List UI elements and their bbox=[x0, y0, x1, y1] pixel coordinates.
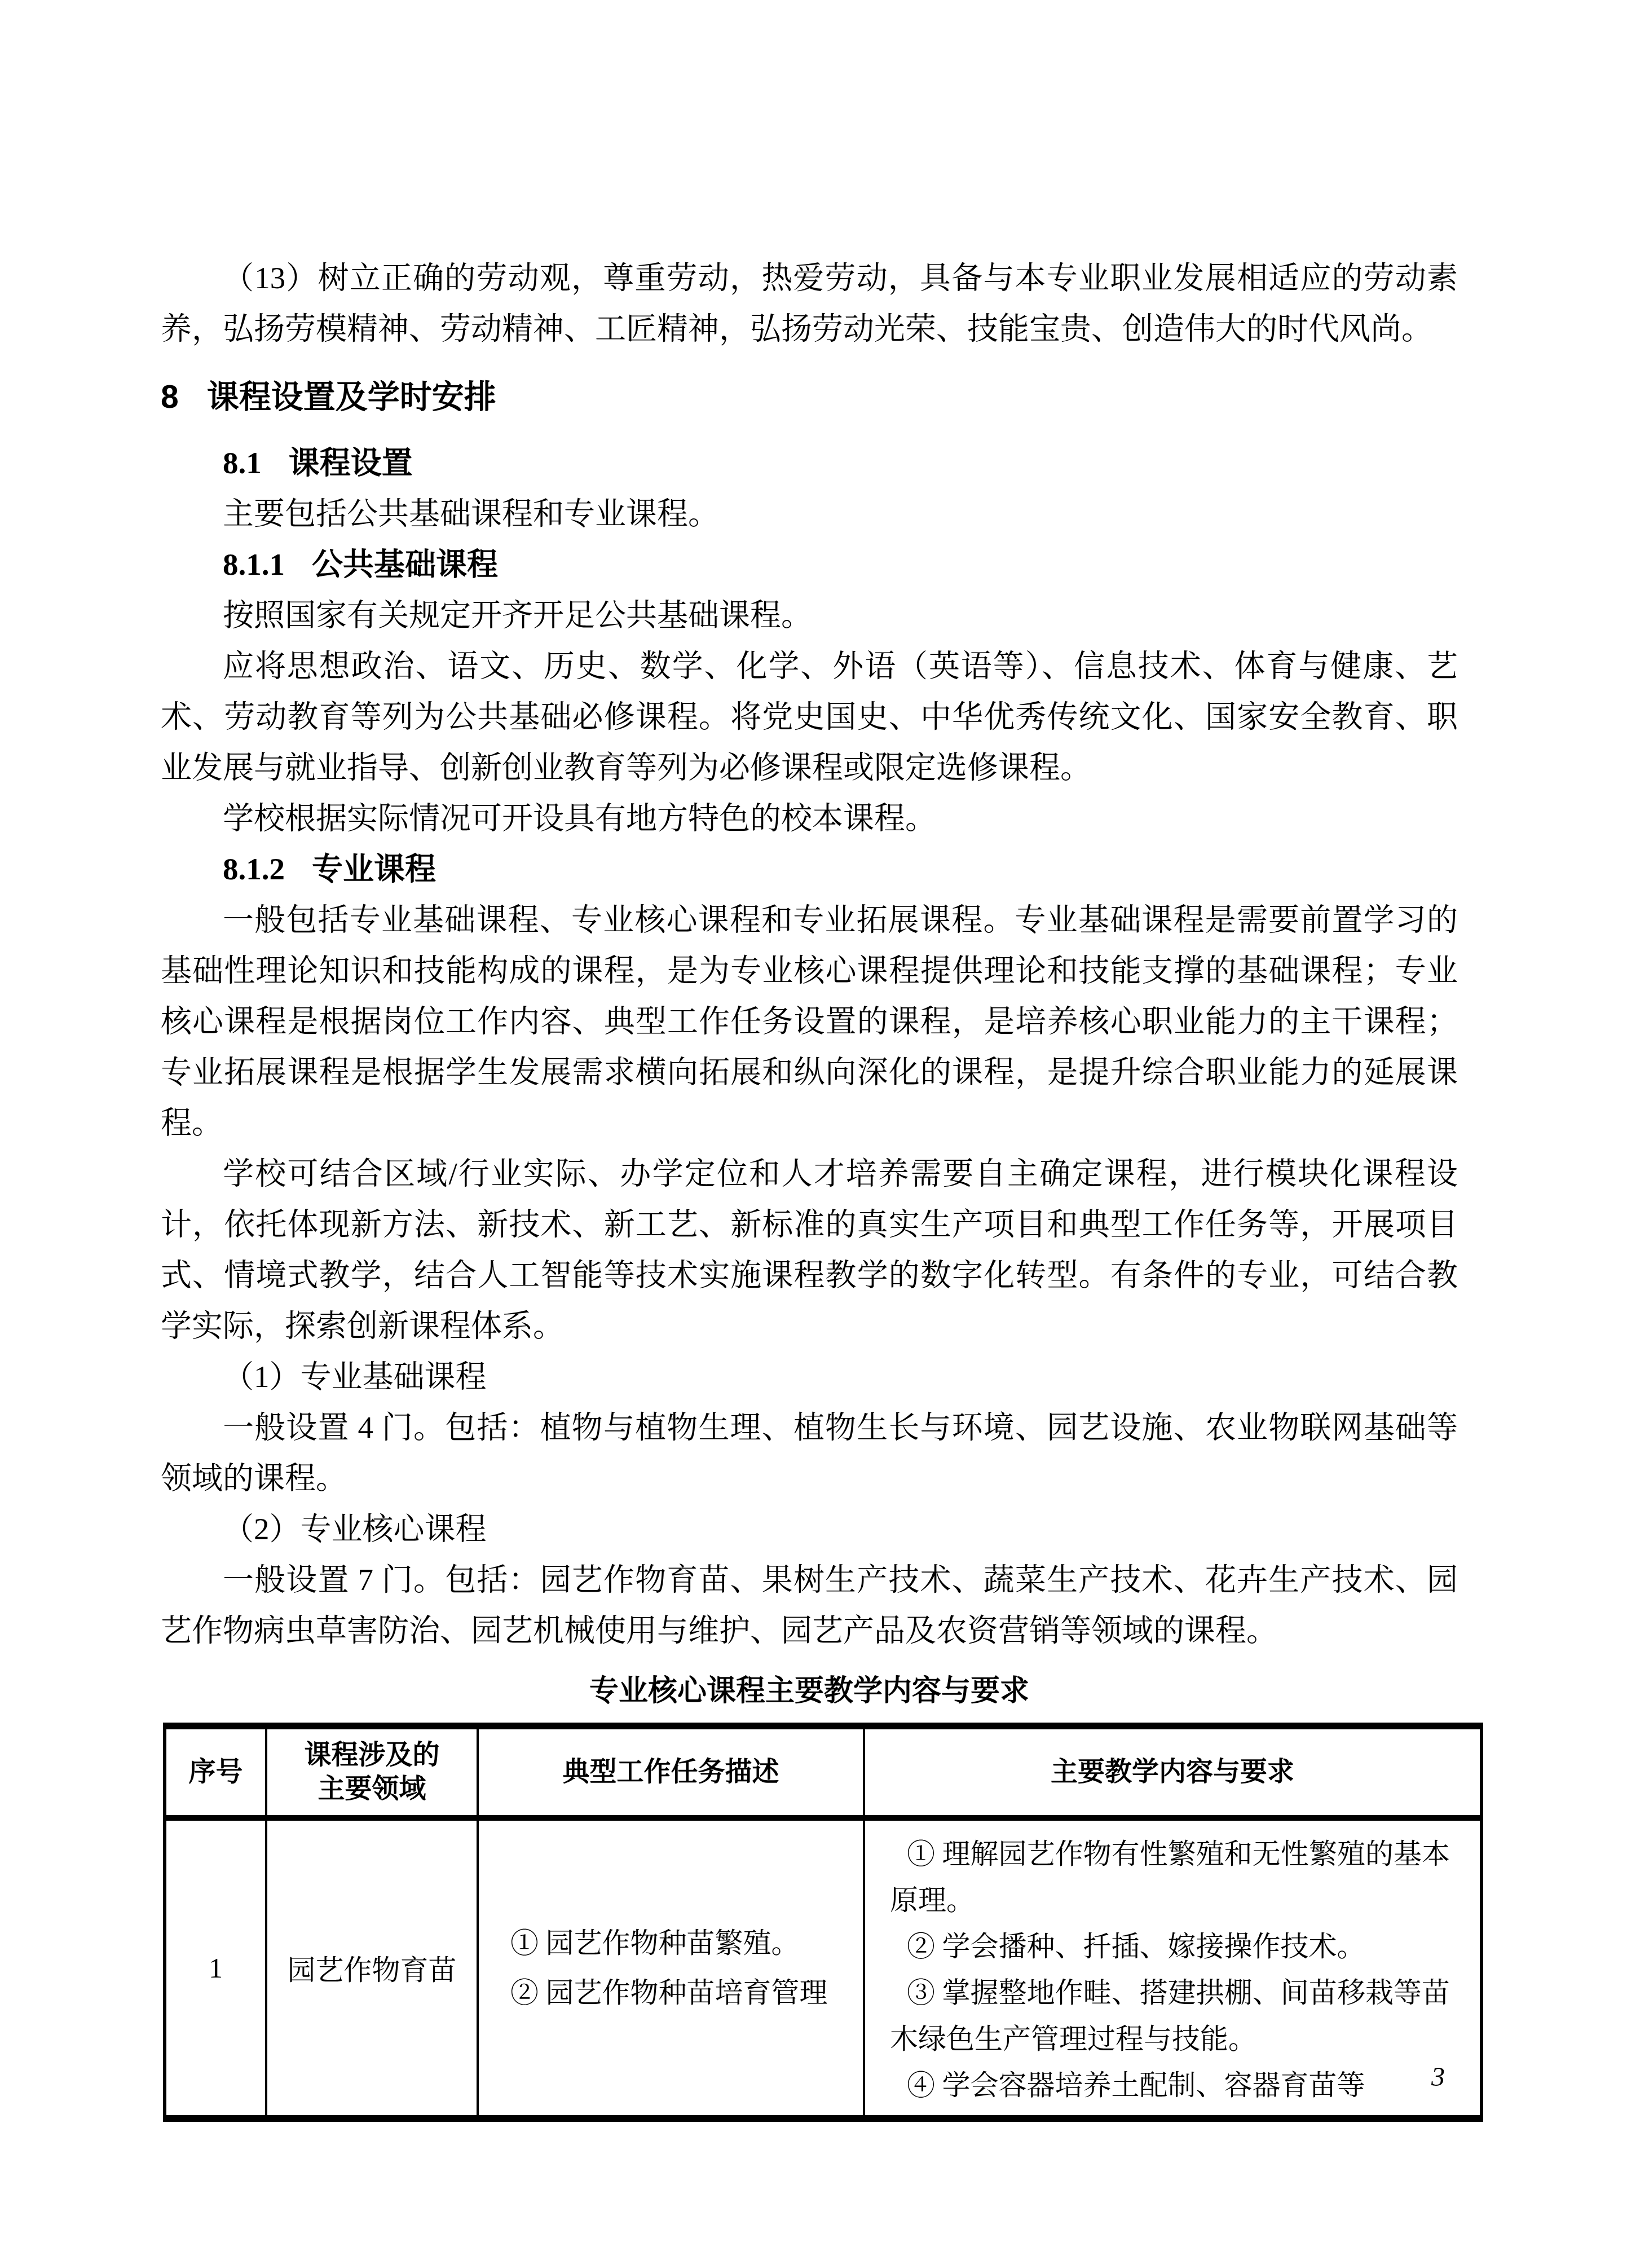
paragraph-labor-outlook: （13）树立正确的劳动观，尊重劳动，热爱劳动，具备与本专业职业发展相适应的劳动素… bbox=[161, 253, 1458, 354]
paragraph-national-rule: 按照国家有关规定开齐开足公共基础课程。 bbox=[161, 590, 1458, 641]
section-heading-8: 8课程设置及学时安排 bbox=[161, 371, 1458, 423]
table-caption: 专业核心课程主要教学内容与要求 bbox=[161, 1673, 1458, 1709]
paragraph-school-course-design: 学校可结合区域/行业实际、办学定位和人才培养需要自主确定课程，进行模块化课程设计… bbox=[161, 1148, 1458, 1351]
paragraph-required-courses: 应将思想政治、语文、历史、数学、化学、外语（英语等）、信息技术、体育与健康、艺术… bbox=[161, 641, 1458, 793]
paragraph-major-course-types: 一般包括专业基础课程、专业核心课程和专业拓展课程。专业基础课程是需要前置学习的基… bbox=[161, 895, 1458, 1148]
page-number: 3 bbox=[1413, 2062, 1463, 2093]
core-courses-table: 序号 课程涉及的 主要领域 典型工作任务描述 主要教学内容与要求 1 园艺作物育… bbox=[163, 1723, 1483, 2122]
section-number: 8.1 bbox=[223, 446, 262, 480]
cell-teaching-contents: ① 理解园艺作物有性繁殖和无性繁殖的基本原理。 ② 学会播种、扦插、嫁接操作技术… bbox=[864, 1818, 1482, 2119]
page-content: （13）树立正确的劳动观，尊重劳动，热爱劳动，具备与本专业职业发展相适应的劳动素… bbox=[161, 253, 1458, 2122]
content-item: ③ 掌握整地作畦、搭建拱棚、间苗移栽等苗木绿色生产管理过程与技能。 bbox=[890, 1970, 1450, 2062]
section-number: 8.1.2 bbox=[223, 852, 285, 886]
content-item: ① 理解园艺作物有性繁殖和无性繁殖的基本原理。 bbox=[890, 1831, 1450, 1923]
column-header-domain-line1: 课程涉及的 bbox=[304, 1740, 439, 1770]
cell-course-domain: 园艺作物育苗 bbox=[266, 1818, 478, 2119]
section-heading-8-1-2: 8.1.2专业课程 bbox=[161, 844, 1458, 895]
paragraph-core-course-detail: 一般设置 7 门。包括：园艺作物育苗、果树生产技术、蔬菜生产技术、花卉生产技术、… bbox=[161, 1554, 1458, 1656]
section-heading-8-1-1: 8.1.1公共基础课程 bbox=[161, 539, 1458, 590]
paragraph-course-overview: 主要包括公共基础课程和专业课程。 bbox=[161, 488, 1458, 539]
section-title: 专业课程 bbox=[312, 852, 436, 886]
content-item: ② 学会播种、扦插、嫁接操作技术。 bbox=[890, 1923, 1450, 1970]
section-number: 8.1.1 bbox=[223, 547, 285, 582]
paragraph-core-course-label: （2）专业核心课程 bbox=[161, 1504, 1458, 1554]
paragraph-basic-course-detail: 一般设置 4 门。包括：植物与植物生理、植物生长与环境、园艺设施、农业物联网基础… bbox=[161, 1402, 1458, 1504]
section-title: 课程设置 bbox=[289, 446, 413, 480]
cell-typical-tasks: ① 园艺作物种苗繁殖。 ② 园艺作物种苗培育管理 bbox=[478, 1818, 864, 2119]
column-header-index: 序号 bbox=[165, 1726, 266, 1818]
column-header-contents: 主要教学内容与要求 bbox=[864, 1726, 1482, 1818]
table-header-row: 序号 课程涉及的 主要领域 典型工作任务描述 主要教学内容与要求 bbox=[165, 1726, 1482, 1818]
section-number: 8 bbox=[161, 379, 179, 415]
paragraph-school-local-courses: 学校根据实际情况可开设具有地方特色的校本课程。 bbox=[161, 793, 1458, 844]
column-header-domain-line2: 主要领域 bbox=[318, 1774, 426, 1804]
column-header-domain: 课程涉及的 主要领域 bbox=[266, 1726, 478, 1818]
content-item: ④ 学会容器培养土配制、容器育苗等 bbox=[890, 2062, 1450, 2108]
paragraph-basic-course-label: （1）专业基础课程 bbox=[161, 1351, 1458, 1402]
cell-row-index: 1 bbox=[165, 1818, 266, 2119]
task-item: ① 园艺作物种苗繁殖。 bbox=[510, 1918, 857, 1968]
task-item: ② 园艺作物种苗培育管理 bbox=[510, 1968, 857, 2018]
document-page: （13）树立正确的劳动观，尊重劳动，热爱劳动，具备与本专业职业发展相适应的劳动素… bbox=[0, 0, 1627, 2268]
section-title: 公共基础课程 bbox=[312, 547, 498, 582]
table-row: 1 园艺作物育苗 ① 园艺作物种苗繁殖。 ② 园艺作物种苗培育管理 ① 理解园艺… bbox=[165, 1818, 1482, 2119]
section-title: 课程设置及学时安排 bbox=[207, 379, 496, 415]
column-header-tasks: 典型工作任务描述 bbox=[478, 1726, 864, 1818]
section-heading-8-1: 8.1课程设置 bbox=[161, 438, 1458, 488]
